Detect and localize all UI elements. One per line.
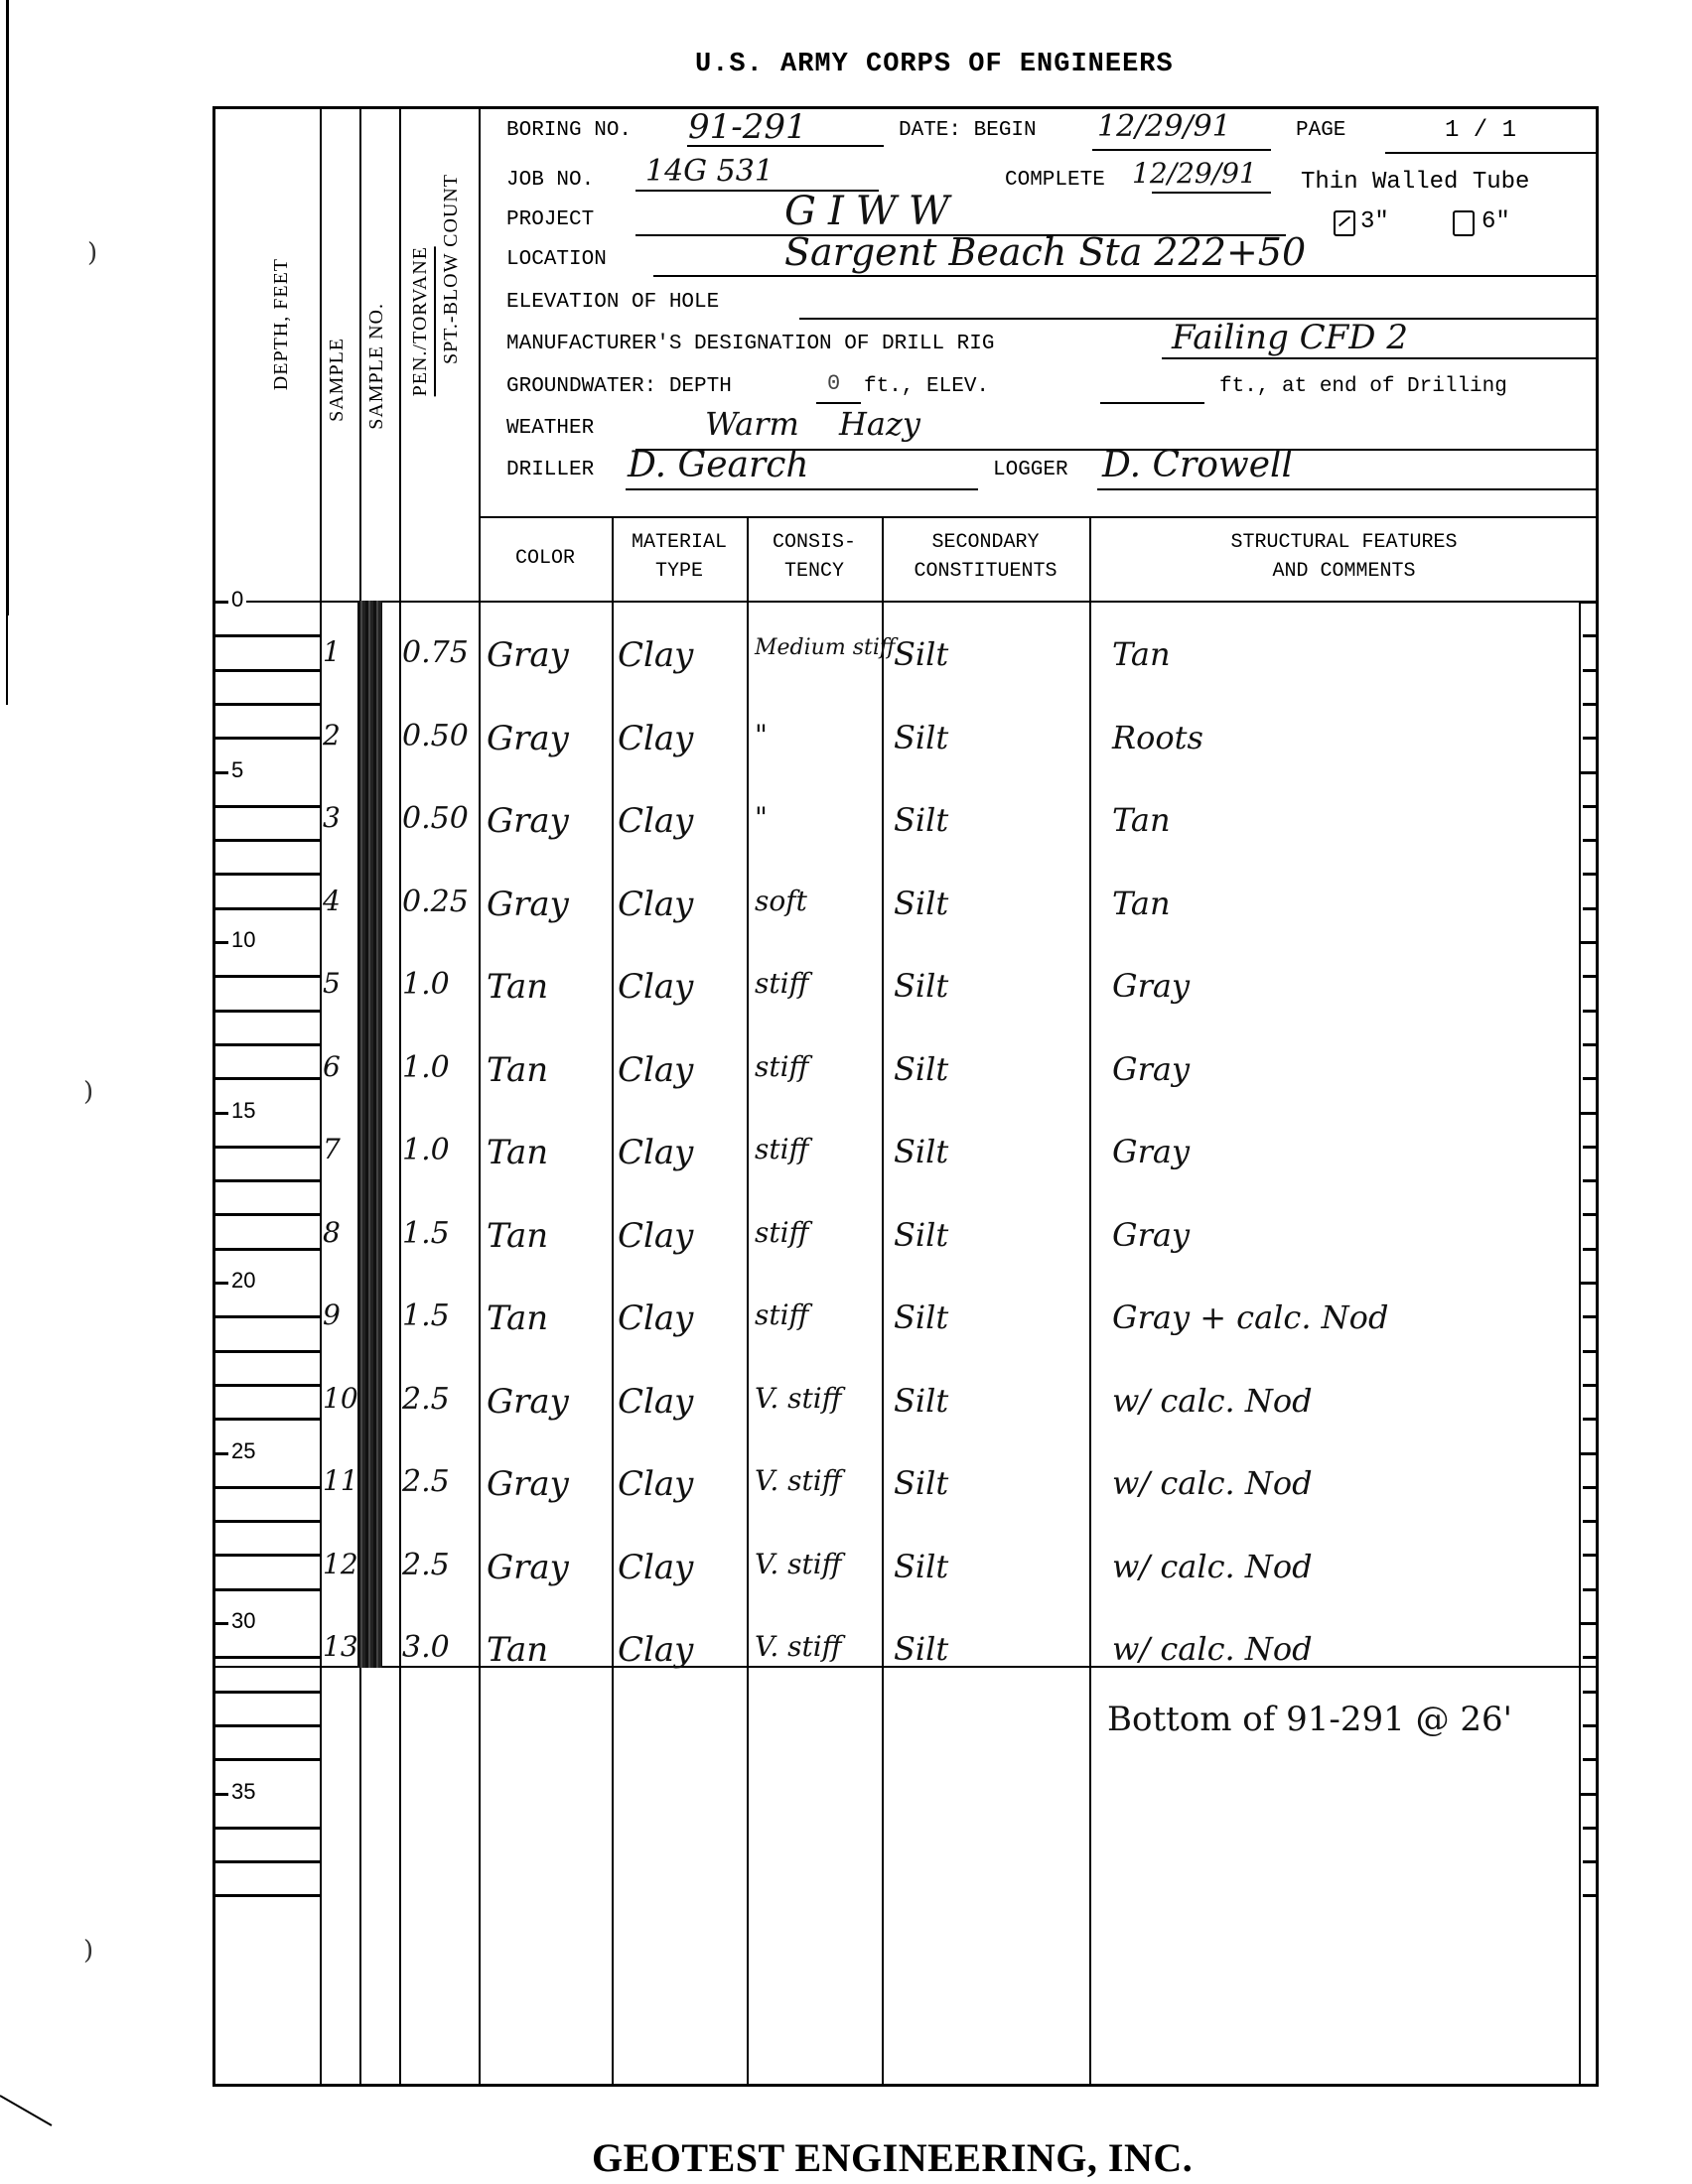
column-header-consistency: CONSIS- TENCY [747, 528, 882, 586]
consistency-cell: stiff [755, 1298, 808, 1331]
depth-label: 35 [228, 1779, 258, 1805]
column-divider [747, 516, 749, 2087]
pen-torvane-value: 1.0 [402, 1133, 450, 1167]
consistency-cell: Medium stiff [755, 635, 895, 660]
depth-tick [212, 1112, 228, 1115]
depth-tick [1583, 1827, 1599, 1830]
depth-tick [1583, 975, 1599, 978]
depth-label: 25 [228, 1438, 258, 1464]
depth-tick [214, 1860, 322, 1863]
date-begin-label: DATE: BEGIN [899, 119, 1037, 142]
column-header-color: COLOR [479, 544, 612, 573]
depth-tick [1583, 1248, 1599, 1251]
pen-torvane-value: 1.5 [402, 1298, 450, 1333]
secondary-cell: Silt [894, 1050, 948, 1088]
depth-tick [214, 634, 322, 637]
secondary-cell: Silt [894, 1630, 948, 1668]
drill-rig-label: MANUFACTURER'S DESIGNATION OF DRILL RIG [506, 333, 994, 355]
scan-margin-mark [6, 615, 8, 705]
material-cell: Clay [618, 885, 693, 924]
consistency-cell: stiff [755, 1050, 808, 1083]
sample-number: 12 [323, 1548, 358, 1580]
sample-number: 1 [323, 635, 341, 668]
depth-tick [214, 1554, 322, 1557]
depth-tick [1581, 1622, 1599, 1625]
project-field[interactable]: GIWW [784, 189, 961, 234]
agency-title: U.S. ARMY CORPS OF ENGINEERS [695, 50, 1174, 79]
column-divider [1089, 516, 1091, 2087]
consistency-cell: stiff [755, 967, 808, 1000]
depth-tick [214, 1520, 322, 1523]
depth-tick [1583, 1350, 1599, 1353]
location-underline [653, 275, 1599, 277]
comments-cell: Tan [1112, 801, 1171, 839]
secondary-cell: Silt [894, 967, 948, 1005]
depth-tick [212, 1452, 228, 1455]
location-field[interactable]: Sargent Beach Sta 222+50 [784, 230, 1306, 274]
sample-number: 2 [323, 719, 341, 751]
sample-number: 11 [323, 1464, 358, 1497]
depth-tick [1581, 771, 1599, 774]
comments-cell: Gray [1112, 1050, 1190, 1088]
scan-margin-mark [6, 0, 9, 615]
weather-label: WEATHER [506, 417, 594, 440]
groundwater-end-label: ft., at end of Drilling [1219, 375, 1507, 398]
elevation-label: ELEVATION OF HOLE [506, 291, 719, 314]
sample-number: 8 [323, 1216, 341, 1249]
boring-no-label: BORING NO. [506, 119, 632, 142]
color-cell: Tan [487, 1298, 548, 1338]
depth-tick [1583, 1315, 1599, 1318]
consistency-cell: " [755, 719, 768, 751]
secondary-cell: Silt [894, 885, 948, 922]
driller-label: DRILLER [506, 459, 594, 481]
page-underline [1385, 152, 1599, 154]
secondary-cell: Silt [894, 1548, 948, 1585]
material-cell: Clay [618, 1382, 693, 1422]
secondary-cell: Silt [894, 719, 948, 756]
depth-tick [1583, 1077, 1599, 1080]
job-no-field[interactable]: 14G 531 [645, 154, 774, 189]
depth-tick [1581, 1282, 1599, 1285]
pen-torvane-value: 0.25 [402, 885, 469, 919]
groundwater-elev-label: ft., ELEV. [864, 375, 989, 398]
depth-tick [214, 1146, 322, 1149]
depth-tick [214, 669, 322, 672]
material-cell: Clay [618, 1464, 693, 1504]
depth-tick [1583, 1043, 1599, 1046]
consistency-cell: V. stiff [755, 1464, 842, 1497]
depth-tick [214, 1213, 322, 1216]
depth-tick [212, 1622, 228, 1625]
sample-number: 3 [323, 801, 341, 834]
page-field[interactable]: 1 / 1 [1445, 117, 1516, 144]
column-divider [399, 106, 401, 2087]
depth-tick [214, 1010, 322, 1013]
column-divider [882, 516, 884, 2087]
column-header-secondary: SECONDARY CONSTITUENTS [882, 528, 1089, 586]
pen-torvane-value: 1.0 [402, 967, 450, 1002]
depth-tick [212, 1793, 228, 1796]
table-top-line [212, 601, 1599, 603]
scan-mark [0, 2095, 52, 2126]
depth-tick [214, 975, 322, 978]
drill-rig-field[interactable]: Failing CFD 2 [1172, 318, 1408, 357]
company-footer: GEOTEST ENGINEERING, INC. [592, 2134, 1193, 2181]
date-begin-underline [1092, 149, 1271, 151]
depth-tick [212, 771, 228, 774]
punch-hole-mark: ) [87, 238, 97, 268]
date-complete-field[interactable]: 12/29/91 [1132, 157, 1257, 190]
depth-tick [1583, 1418, 1599, 1421]
depth-tick [1583, 1146, 1599, 1149]
consistency-cell: stiff [755, 1216, 808, 1249]
material-cell: Clay [618, 1050, 693, 1090]
depth-tick [214, 1588, 322, 1591]
pen-torvane-value: 2.5 [402, 1464, 450, 1499]
depth-tick [214, 1077, 322, 1080]
depth-tick [214, 737, 322, 740]
depth-tick [1583, 1588, 1599, 1591]
secondary-cell: Silt [894, 801, 948, 839]
depth-tick [1583, 1894, 1599, 1897]
weather-field[interactable]: Warm Hazy [705, 405, 920, 443]
depth-tick [212, 601, 228, 604]
depth-tick [214, 1691, 322, 1694]
depth-tick [214, 839, 322, 842]
color-cell: Tan [487, 967, 548, 1007]
comments-cell: Roots [1112, 719, 1203, 756]
depth-tick [212, 1282, 228, 1285]
sample-number: 13 [323, 1630, 358, 1663]
bottom-of-boring-note: Bottom of 91-291 @ 26' [1107, 1700, 1512, 1739]
sample-number: 5 [323, 967, 341, 1000]
color-cell: Tan [487, 1216, 548, 1256]
color-cell: Gray [487, 1548, 569, 1587]
depth-tick [214, 1486, 322, 1489]
sample-number: 4 [323, 885, 341, 917]
depth-tick [1583, 1554, 1599, 1557]
color-cell: Gray [487, 1464, 569, 1504]
material-cell: Clay [618, 801, 693, 841]
comments-cell: Tan [1112, 635, 1171, 673]
drill-rig-underline [1162, 357, 1599, 359]
depth-tick [1583, 839, 1599, 842]
column-header-sample-no: SAMPLE NO. [365, 303, 388, 430]
consistency-cell: soft [755, 885, 807, 917]
depth-label: 5 [228, 757, 246, 783]
pen-torvane-value: 0.50 [402, 719, 469, 753]
secondary-cell: Silt [894, 1216, 948, 1254]
column-header-spt-blow-count: SPT.-BLOW COUNT [440, 174, 463, 364]
depth-tick [1583, 873, 1599, 876]
depth-tick [1581, 601, 1599, 604]
color-cell: Tan [487, 1050, 548, 1090]
depth-tick [214, 1656, 322, 1659]
depth-tick [1583, 1486, 1599, 1489]
column-divider [1579, 601, 1581, 2087]
consistency-cell: V. stiff [755, 1630, 842, 1663]
secondary-cell: Silt [894, 1382, 948, 1420]
column-divider [612, 516, 614, 2087]
sampler-6in-checkbox[interactable] [1453, 210, 1475, 236]
depth-tick [1583, 1010, 1599, 1013]
depth-tick [1581, 1112, 1599, 1115]
depth-tick [214, 873, 322, 876]
material-cell: Clay [618, 1548, 693, 1587]
secondary-cell: Silt [894, 1464, 948, 1502]
depth-tick [214, 1248, 322, 1251]
groundwater-depth-underline [816, 402, 861, 404]
consistency-cell: stiff [755, 1133, 808, 1165]
depth-tick [214, 907, 322, 910]
column-divider [479, 106, 481, 2087]
depth-tick [214, 1827, 322, 1830]
color-cell: Tan [487, 1630, 548, 1670]
depth-tick [1583, 1691, 1599, 1694]
header-divider [479, 516, 1599, 518]
depth-tick [1583, 1656, 1599, 1659]
comments-cell: w/ calc. Nod [1112, 1548, 1313, 1585]
depth-label: 0 [228, 587, 246, 613]
sampler-3in-checkbox[interactable] [1334, 210, 1355, 236]
sample-number: 9 [323, 1298, 341, 1331]
column-header-pen-torvane: PEN./TORVANE [409, 246, 436, 396]
depth-tick [1581, 1452, 1599, 1455]
column-header-material: MATERIAL TYPE [612, 528, 747, 586]
depth-tick [1583, 1758, 1599, 1761]
date-begin-field[interactable]: 12/29/91 [1097, 109, 1231, 144]
punch-hole-mark: ) [83, 1936, 93, 1966]
depth-tick [214, 1043, 322, 1046]
page-label: PAGE [1296, 119, 1345, 142]
depth-tick [214, 1315, 322, 1318]
depth-tick [214, 1350, 322, 1353]
color-cell: Tan [487, 1133, 548, 1172]
color-cell: Gray [487, 885, 569, 924]
secondary-cell: Silt [894, 1298, 948, 1336]
sample-number: 6 [323, 1050, 341, 1083]
sample-number: 10 [323, 1382, 358, 1415]
depth-tick [214, 1179, 322, 1182]
comments-cell: w/ calc. Nod [1112, 1382, 1313, 1420]
depth-label: 30 [228, 1608, 258, 1634]
secondary-cell: Silt [894, 635, 948, 673]
depth-tick [1583, 805, 1599, 808]
column-divider [320, 106, 322, 2087]
groundwater-elev-underline [1100, 402, 1204, 404]
comments-cell: Gray + calc. Nod [1112, 1298, 1388, 1336]
depth-tick [214, 805, 322, 808]
color-cell: Gray [487, 1382, 569, 1422]
material-cell: Clay [618, 1630, 693, 1670]
column-header-sample: SAMPLE [326, 338, 349, 422]
depth-tick [214, 1758, 322, 1761]
material-cell: Clay [618, 1216, 693, 1256]
depth-tick [1583, 737, 1599, 740]
depth-tick [1583, 703, 1599, 706]
logger-underline [1097, 488, 1599, 490]
sampler-3in-label: 3" [1360, 208, 1389, 235]
comments-cell: w/ calc. Nod [1112, 1464, 1313, 1502]
secondary-cell: Silt [894, 1133, 948, 1170]
boring-no-field[interactable]: 91-291 [688, 107, 807, 147]
color-cell: Gray [487, 635, 569, 675]
comments-cell: Gray [1112, 967, 1190, 1005]
date-complete-underline [1152, 192, 1271, 194]
material-cell: Clay [618, 719, 693, 758]
consistency-cell: " [755, 801, 768, 834]
depth-tick [1583, 669, 1599, 672]
column-header-structural: STRUCTURAL FEATURES AND COMMENTS [1089, 528, 1599, 586]
depth-tick [214, 703, 322, 706]
depth-tick [214, 1384, 322, 1387]
comments-cell: w/ calc. Nod [1112, 1630, 1313, 1668]
depth-tick [1583, 1724, 1599, 1727]
depth-label: 15 [228, 1098, 258, 1124]
consistency-cell: V. stiff [755, 1382, 842, 1415]
material-cell: Clay [618, 635, 693, 675]
punch-hole-mark: ) [83, 1077, 93, 1107]
depth-tick [1583, 907, 1599, 910]
consistency-cell: V. stiff [755, 1548, 842, 1580]
depth-tick [1583, 1179, 1599, 1182]
logger-label: LOGGER [993, 459, 1068, 481]
comments-cell: Gray [1112, 1133, 1190, 1170]
sample-core-bar [357, 601, 382, 1668]
depth-tick [1583, 634, 1599, 637]
color-cell: Gray [487, 719, 569, 758]
groundwater-depth-label: GROUNDWATER: DEPTH [506, 375, 732, 398]
comments-cell: Gray [1112, 1216, 1190, 1254]
material-cell: Clay [618, 967, 693, 1007]
depth-label: 20 [228, 1268, 258, 1294]
pen-torvane-value: 2.5 [402, 1382, 450, 1417]
sampler-label: Thin Walled Tube [1301, 169, 1529, 196]
depth-tick [1583, 1384, 1599, 1387]
depth-tick [212, 941, 228, 944]
location-label: LOCATION [506, 248, 607, 271]
date-complete-label: COMPLETE [1005, 169, 1105, 192]
depth-tick [214, 1418, 322, 1421]
driller-underline [626, 488, 978, 490]
sampler-6in-label: 6" [1481, 208, 1510, 235]
material-cell: Clay [618, 1298, 693, 1338]
pen-torvane-value: 1.0 [402, 1050, 450, 1085]
groundwater-depth-field[interactable]: 0 [827, 371, 840, 396]
depth-tick [1581, 941, 1599, 944]
depth-tick [1583, 1520, 1599, 1523]
logger-field[interactable]: D. Crowell [1102, 445, 1293, 485]
pen-torvane-value: 0.50 [402, 801, 469, 836]
depth-label: 10 [228, 927, 258, 953]
pen-torvane-value: 2.5 [402, 1548, 450, 1582]
pen-torvane-value: 0.75 [402, 635, 469, 670]
depth-tick [1581, 1793, 1599, 1796]
depth-tick [1583, 1213, 1599, 1216]
color-cell: Gray [487, 801, 569, 841]
depth-tick [214, 1724, 322, 1727]
job-no-label: JOB NO. [506, 169, 594, 192]
comments-cell: Tan [1112, 885, 1171, 922]
depth-tick [214, 1894, 322, 1897]
driller-field[interactable]: D. Gearch [628, 445, 809, 485]
sample-number: 7 [323, 1133, 341, 1165]
project-label: PROJECT [506, 208, 594, 231]
pen-torvane-value: 1.5 [402, 1216, 450, 1251]
boring-log-frame [212, 106, 1599, 2087]
pen-torvane-value: 3.0 [402, 1630, 450, 1665]
column-header-depth: DEPTH, FEET [270, 258, 293, 390]
material-cell: Clay [618, 1133, 693, 1172]
depth-tick [1583, 1860, 1599, 1863]
